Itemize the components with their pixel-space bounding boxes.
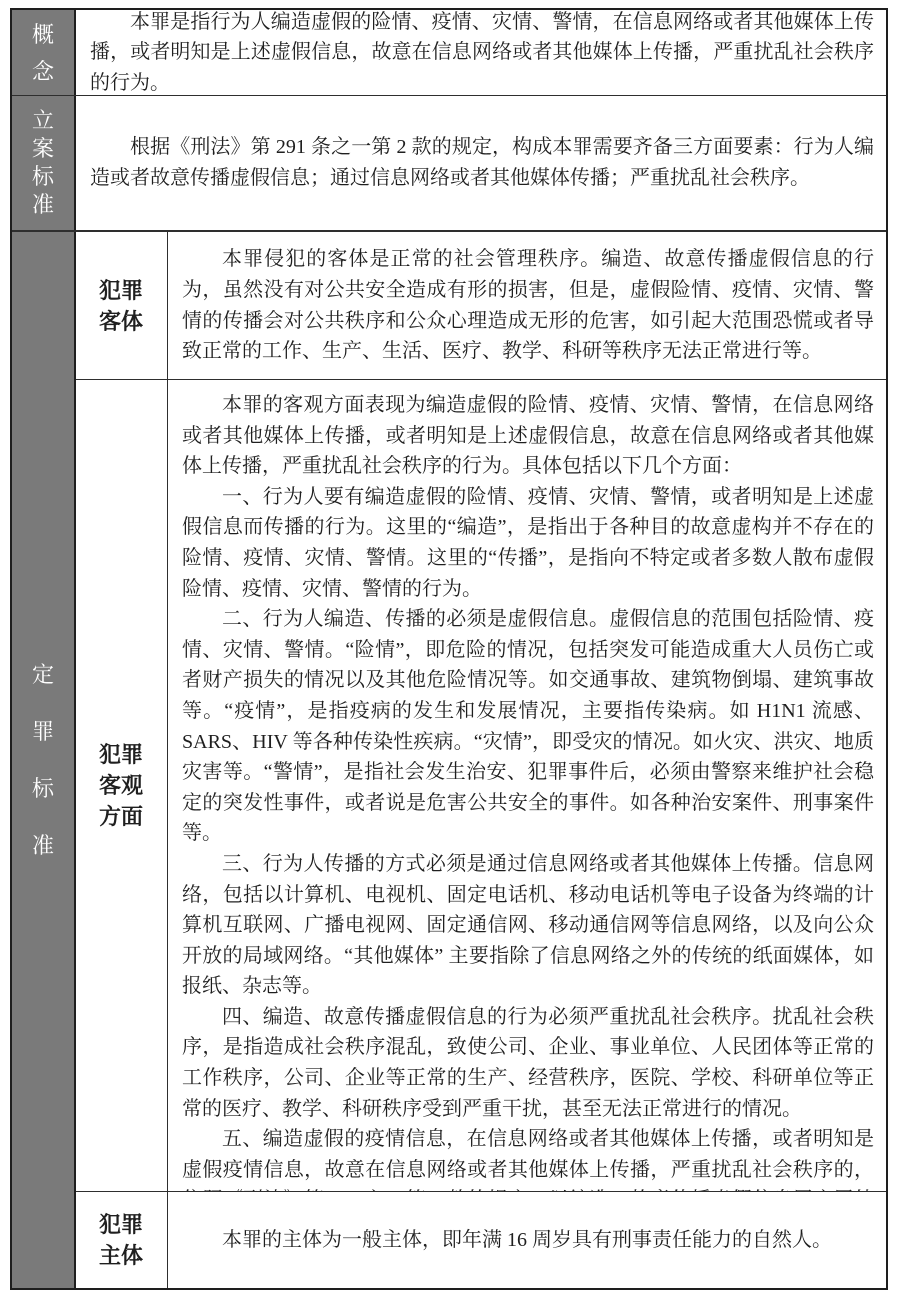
conviction-standard-header-cell: 定罪标准 bbox=[12, 232, 76, 1288]
crime-objective-aspect-label-cell: 犯罪客观方面 bbox=[76, 380, 168, 1191]
crime-object-text: 本罪侵犯的客体是正常的社会管理秩序。编造、故意传播虚假信息的行为，虽然没有对公共… bbox=[182, 244, 874, 366]
conviction-standard-subtable: 犯罪客体 本罪侵犯的客体是正常的社会管理秩序。编造、故意传播虚假信息的行为，虽然… bbox=[76, 232, 886, 1288]
crime-subject-row: 犯罪主体 本罪的主体为一般主体，即年满 16 周岁具有刑事责任能力的自然人。 bbox=[76, 1192, 886, 1288]
crime-subject-label-cell: 犯罪主体 bbox=[76, 1192, 168, 1288]
crime-object-label-cell: 犯罪客体 bbox=[76, 232, 168, 379]
concept-header-label: 概念 bbox=[31, 16, 55, 90]
objective-paragraph-3: 三、行为人传播的方式必须是通过信息网络或者其他媒体上传播。信息网络，包括以计算机… bbox=[182, 849, 874, 1002]
crime-subject-text: 本罪的主体为一般主体，即年满 16 周岁具有刑事责任能力的自然人。 bbox=[182, 1225, 874, 1256]
crime-object-row: 犯罪客体 本罪侵犯的客体是正常的社会管理秩序。编造、故意传播虚假信息的行为，虽然… bbox=[76, 232, 886, 380]
crime-objective-aspect-label: 犯罪客观方面 bbox=[99, 739, 144, 832]
filing-standard-header-cell: 立案标准 bbox=[12, 96, 76, 230]
objective-paragraph-5: 五、编造虚假的疫情信息，在信息网络或者其他媒体上传播，或者明知是虚假疫情信息，故… bbox=[182, 1124, 874, 1191]
filing-standard-text: 根据《刑法》第 291 条之一第 2 款的规定，构成本罪需要齐备三方面要素：行为… bbox=[90, 132, 874, 193]
objective-paragraph-2: 二、行为人编造、传播的必须是虚假信息。虚假信息的范围包括险情、疫情、灾情、警情。… bbox=[182, 604, 874, 849]
concept-content-cell: 本罪是指行为人编造虚假的险情、疫情、灾情、警情，在信息网络或者其他媒体上传播，或… bbox=[76, 10, 886, 95]
crime-objective-aspect-content-cell: 本罪的客观方面表现为编造虚假的险情、疫情、灾情、警情，在信息网络或者其他媒体上传… bbox=[168, 380, 886, 1191]
conviction-standard-row: 定罪标准 犯罪客体 本罪侵犯的客体是正常的社会管理秩序。编造、故意传播虚假信息的… bbox=[12, 232, 886, 1288]
concept-header-cell: 概念 bbox=[12, 10, 76, 95]
crime-objective-aspect-row: 犯罪客观方面 本罪的客观方面表现为编造虚假的险情、疫情、灾情、警情，在信息网络或… bbox=[76, 380, 886, 1192]
filing-standard-content-cell: 根据《刑法》第 291 条之一第 2 款的规定，构成本罪需要齐备三方面要素：行为… bbox=[76, 96, 886, 230]
concept-text: 本罪是指行为人编造虚假的险情、疫情、灾情、警情，在信息网络或者其他媒体上传播，或… bbox=[90, 10, 874, 95]
crime-object-label: 犯罪客体 bbox=[99, 275, 144, 337]
crime-definition-table: 概念 本罪是指行为人编造虚假的险情、疫情、灾情、警情，在信息网络或者其他媒体上传… bbox=[10, 8, 888, 1290]
objective-paragraph-4: 四、编造、故意传播虚假信息的行为必须严重扰乱社会秩序。扰乱社会秩序，是指造成社会… bbox=[182, 1002, 874, 1124]
conviction-standard-header-label: 定罪标准 bbox=[31, 646, 55, 874]
crime-subject-label: 犯罪主体 bbox=[99, 1209, 144, 1271]
filing-standard-header-label: 立案标准 bbox=[31, 107, 55, 219]
concept-row: 概念 本罪是指行为人编造虚假的险情、疫情、灾情、警情，在信息网络或者其他媒体上传… bbox=[12, 10, 886, 96]
crime-subject-content-cell: 本罪的主体为一般主体，即年满 16 周岁具有刑事责任能力的自然人。 bbox=[168, 1192, 886, 1288]
objective-paragraph-1: 一、行为人要有编造虚假的险情、疫情、灾情、警情，或者明知是上述虚假信息而传播的行… bbox=[182, 482, 874, 604]
crime-object-content-cell: 本罪侵犯的客体是正常的社会管理秩序。编造、故意传播虚假信息的行为，虽然没有对公共… bbox=[168, 232, 886, 379]
objective-paragraph-intro: 本罪的客观方面表现为编造虚假的险情、疫情、灾情、警情，在信息网络或者其他媒体上传… bbox=[182, 390, 874, 482]
filing-standard-row: 立案标准 根据《刑法》第 291 条之一第 2 款的规定，构成本罪需要齐备三方面… bbox=[12, 96, 886, 232]
